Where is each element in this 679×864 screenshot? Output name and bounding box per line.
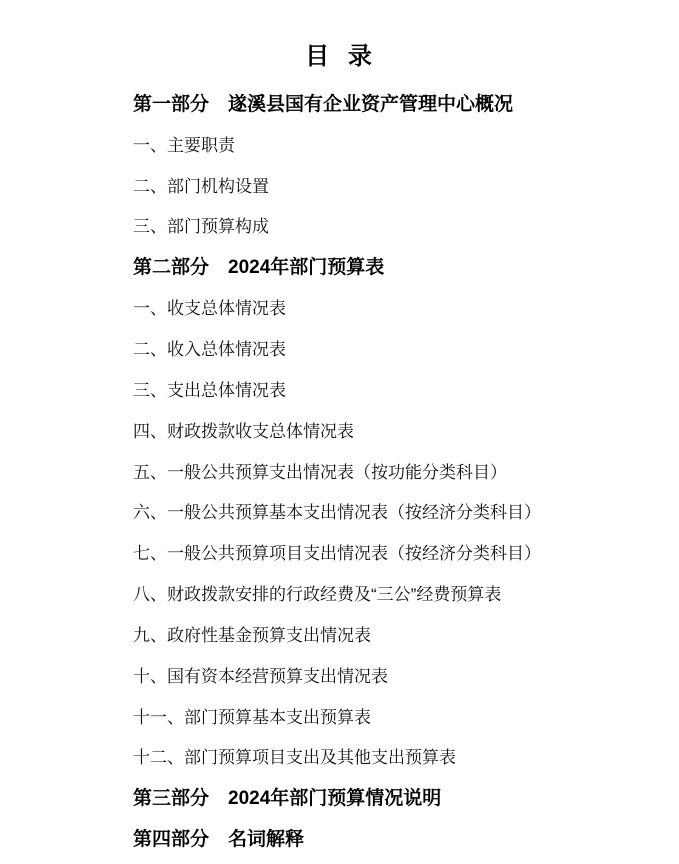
toc-item: 十二、部门预算项目支出及其他支出预算表	[133, 736, 663, 777]
toc-item: 六、一般公共预算基本支出情况表（按经济分类科目）	[133, 490, 663, 531]
toc-item: 九、政府性基金预算支出情况表	[133, 613, 663, 654]
toc-part-heading: 第三部分 2024年部门预算情况说明	[133, 776, 663, 817]
page-title: 目 录	[0, 44, 679, 70]
toc-item: 四、财政拨款收支总体情况表	[133, 409, 663, 450]
document-page: 目 录 第一部分 遂溪县国有企业资产管理中心概况 一、主要职责 二、部门机构设置…	[0, 0, 679, 864]
toc-part-heading: 第四部分 名词解释	[133, 817, 663, 858]
toc-item: 七、一般公共预算项目支出情况表（按经济分类科目）	[133, 531, 663, 572]
toc-list: 第一部分 遂溪县国有企业资产管理中心概况 一、主要职责 二、部门机构设置 三、部…	[133, 82, 663, 858]
toc-item: 一、主要职责	[133, 123, 663, 164]
toc-part-heading: 第一部分 遂溪县国有企业资产管理中心概况	[133, 82, 663, 123]
toc-item: 五、一般公共预算支出情况表（按功能分类科目）	[133, 450, 663, 491]
toc-item: 三、支出总体情况表	[133, 368, 663, 409]
toc-item: 十一、部门预算基本支出预算表	[133, 695, 663, 736]
toc-item: 十、国有资本经营预算支出情况表	[133, 654, 663, 695]
toc-item: 二、收入总体情况表	[133, 327, 663, 368]
toc-item: 二、部门机构设置	[133, 164, 663, 205]
toc-item: 一、收支总体情况表	[133, 286, 663, 327]
toc-part-heading: 第二部分 2024年部门预算表	[133, 245, 663, 286]
toc-item: 三、部门预算构成	[133, 205, 663, 246]
toc-item: 八、财政拨款安排的行政经费及“三公”经费预算表	[133, 572, 663, 613]
